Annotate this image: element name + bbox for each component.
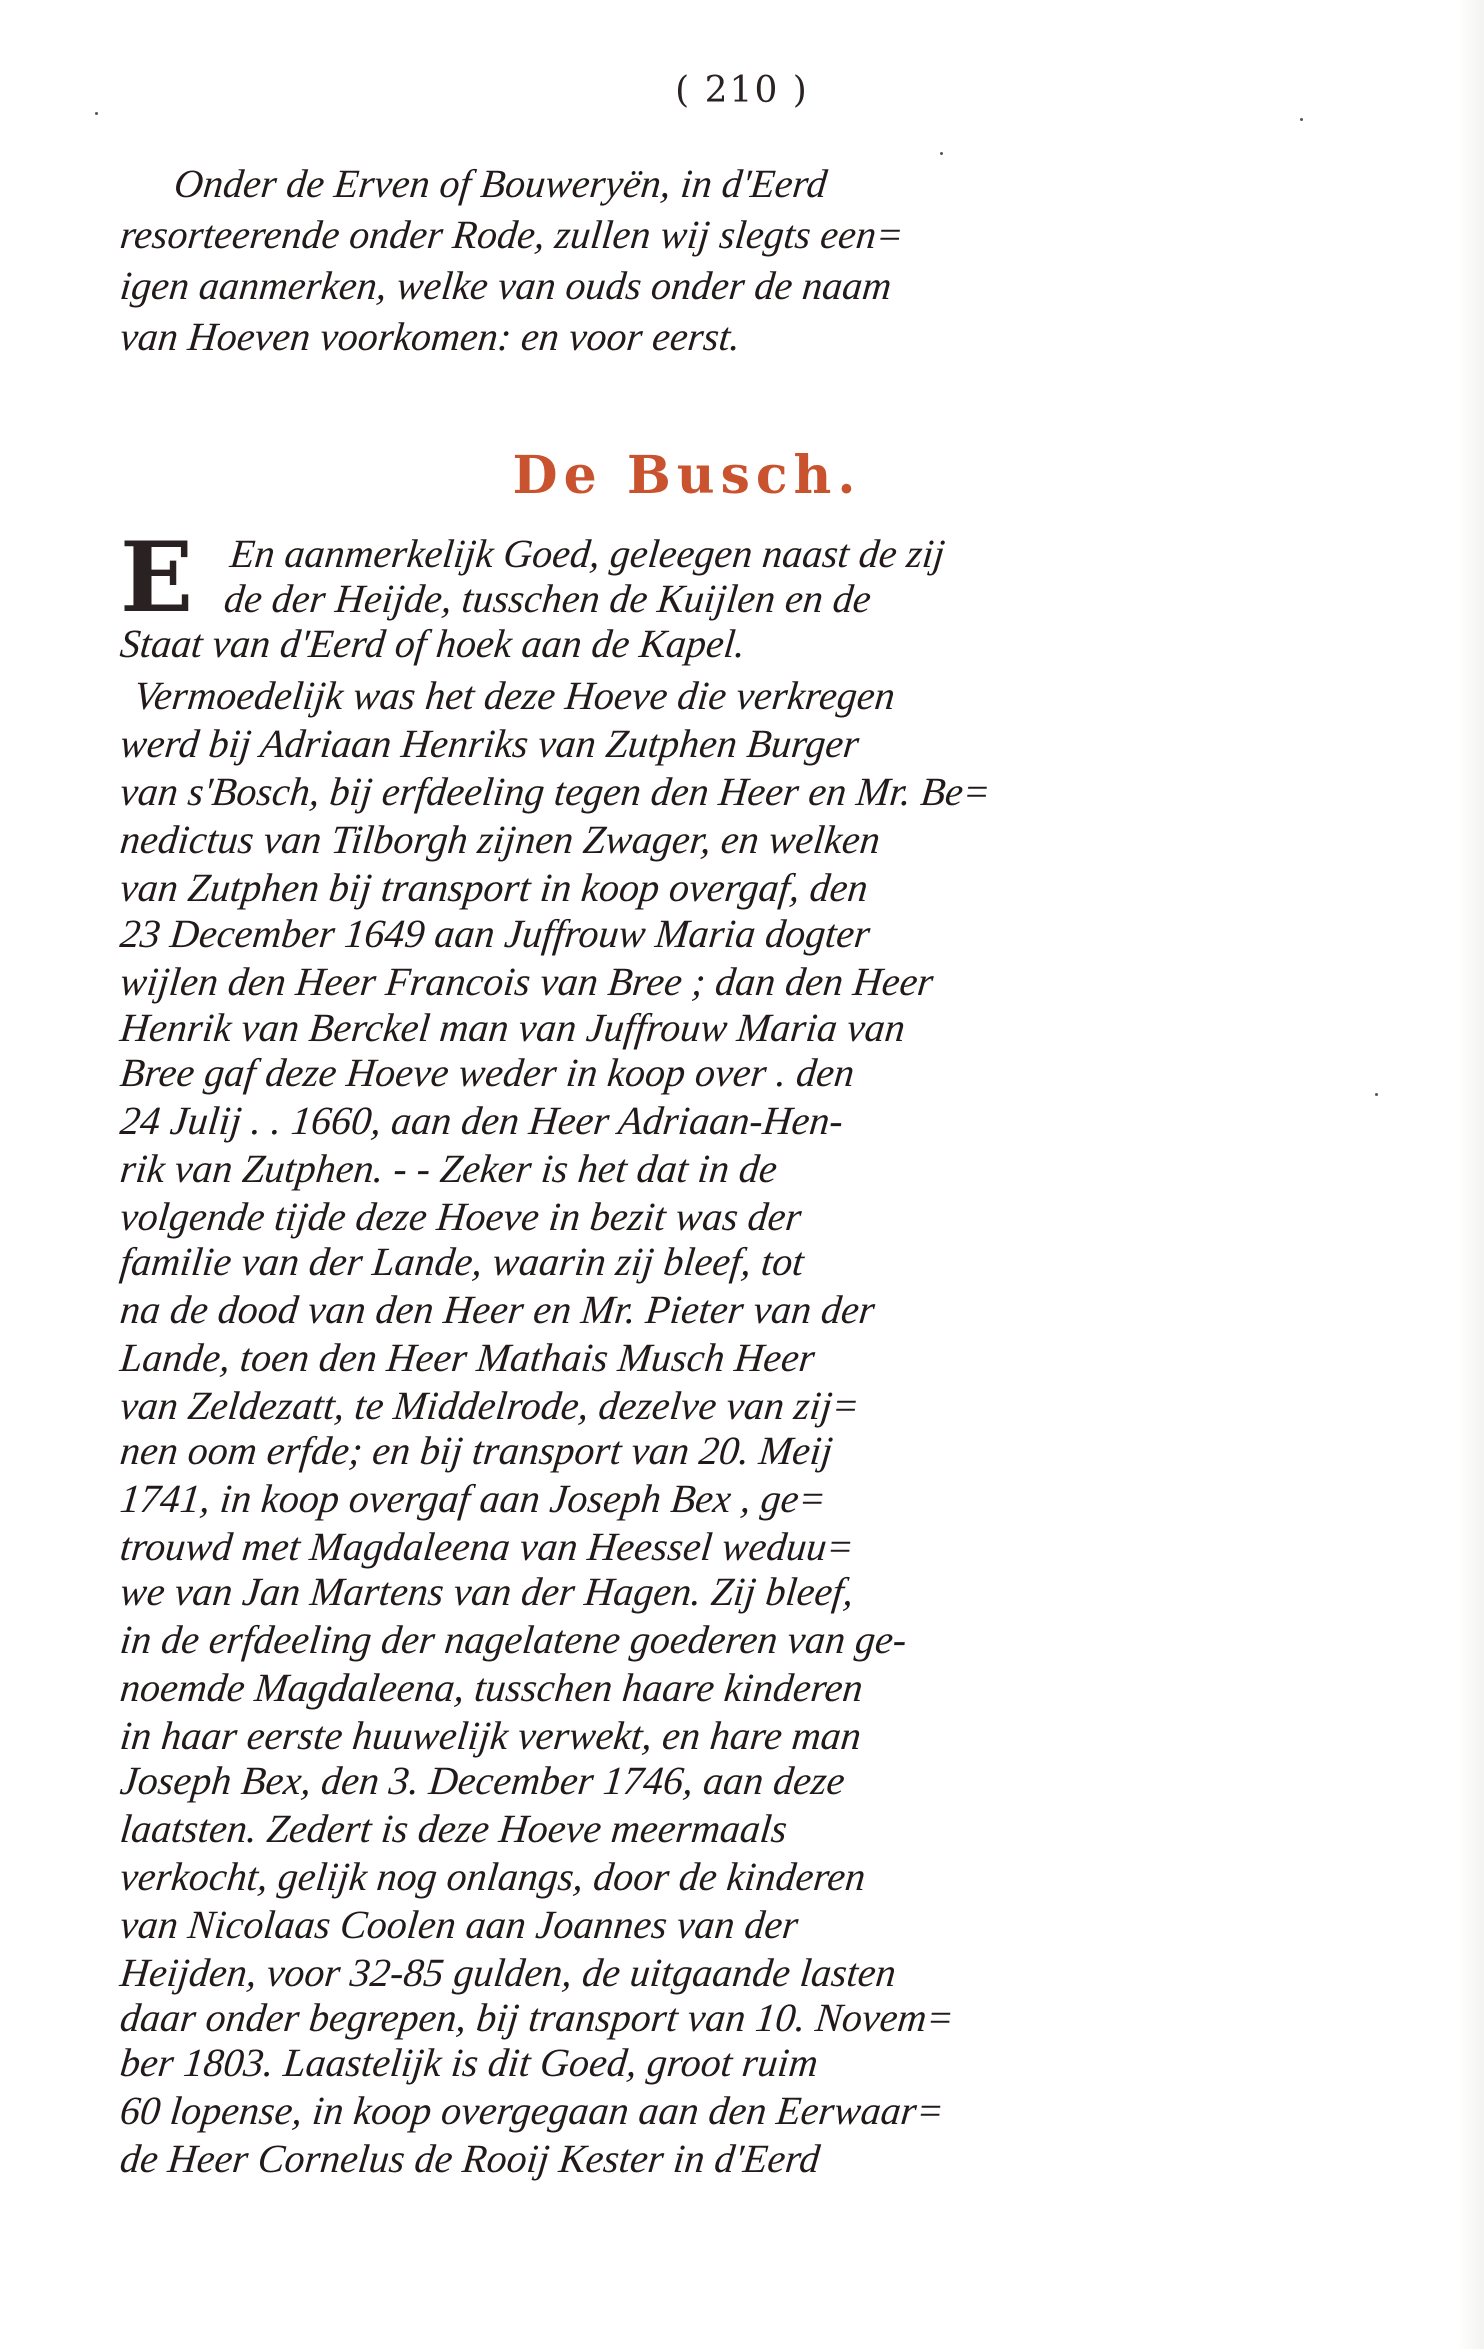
body-line: wijlen den Heer Francois van Bree ; dan … <box>118 958 936 1005</box>
body-line: Heijden, voor 32-85 gulden, de uitgaande… <box>118 1949 898 1996</box>
body-line: Lande, toen den Heer Mathais Musch Heer <box>118 1334 817 1381</box>
body-line: na de dood van den Heer en Mr. Pieter va… <box>118 1286 877 1333</box>
manuscript-page: ( 210 ) Onder de Erven of Bouweryën, in … <box>0 0 1484 2349</box>
body-line: Henrik van Berckel man van Juffrouw Mari… <box>118 1004 908 1051</box>
section-title: De Busch. <box>0 445 1484 506</box>
body-line: volgende tijde deze Hoeve in bezit was d… <box>118 1193 804 1240</box>
body-line: laatsten. Zedert is deze Hoeve meermaals <box>118 1805 789 1852</box>
ink-speck <box>95 112 98 115</box>
body-line: van Nicolaas Coolen aan Joannes van der <box>118 1901 801 1948</box>
ink-speck <box>1375 1093 1378 1096</box>
ink-speck <box>1300 118 1303 121</box>
body-line: verkocht, gelijk nog onlangs, door de ki… <box>118 1853 868 1900</box>
body-line: werd bij Adriaan Henriks van Zutphen Bur… <box>118 720 861 767</box>
drop-cap: E <box>120 530 193 626</box>
body-line: 23 December 1649 aan Juffrouw Maria dogt… <box>118 910 872 957</box>
body-line: van Zeldezatt, te Middelrode, dezelve va… <box>118 1382 862 1429</box>
body-line: in de erfdeeling der nagelatene goederen… <box>118 1616 909 1663</box>
page-edge-shadow <box>1458 0 1484 2349</box>
body-line: de Heer Cornelus de Rooij Kester in d'Ee… <box>118 2135 822 2182</box>
body-line: Bree gaf deze Hoeve weder in koop over .… <box>118 1049 857 1096</box>
body-line: rik van Zutphen. - - Zeker is het dat in… <box>118 1145 779 1192</box>
body-line: nen oom erfde; en bij transport van 20. … <box>118 1427 835 1474</box>
body-line: 1741, in koop overgaf aan Joseph Bex , g… <box>118 1475 828 1522</box>
page-number: ( 210 ) <box>0 70 1484 111</box>
intro-line: van Hoeven voorkomen: en voor eerst. <box>118 313 743 360</box>
body-line: daar onder begrepen, bij transport van 1… <box>118 1994 956 2041</box>
body-line: Staat van d'Eerd of hoek aan de Kapel. <box>118 620 748 667</box>
intro-line: resorteerende onder Rode, zullen wij sle… <box>118 211 906 258</box>
body-line: noemde Magdaleena, tusschen haare kinder… <box>118 1664 865 1711</box>
body-line: van s'Bosch, bij erfdeeling tegen den He… <box>118 768 993 815</box>
body-line: trouwd met Magdaleena van Heessel weduu= <box>118 1523 856 1570</box>
body-line: ber 1803. Laastelijk is dit Goed, groot … <box>118 2039 820 2086</box>
body-line: nedictus van Tilborgh zijnen Zwager, en … <box>118 816 883 863</box>
ink-speck <box>940 152 943 155</box>
body-line: En aanmerkelijk Goed, geleegen naast de … <box>228 530 947 577</box>
intro-line: igen aanmerken, welke van ouds onder de … <box>118 262 894 309</box>
intro-line: Onder de Erven of Bouweryën, in d'Eerd <box>172 160 829 207</box>
body-line: de der Heijde, tusschen de Kuijlen en de <box>222 575 873 622</box>
body-line: Joseph Bex, den 3. December 1746, aan de… <box>118 1757 847 1804</box>
body-line: Vermoedelijk was het deze Hoeve die verk… <box>132 672 897 719</box>
body-line: 24 Julij . . 1660, aan den Heer Adriaan-… <box>118 1097 845 1144</box>
body-line: van Zutphen bij transport in koop overga… <box>118 864 870 911</box>
body-line: 60 lopense, in koop overgegaan aan den E… <box>118 2087 946 2134</box>
body-line: in haar eerste huuwelijk verwekt, en har… <box>118 1712 864 1759</box>
body-line: we van Jan Martens van der Hagen. Zij bl… <box>118 1568 856 1615</box>
body-line: familie van der Lande, waarin zij bleef,… <box>118 1238 806 1285</box>
